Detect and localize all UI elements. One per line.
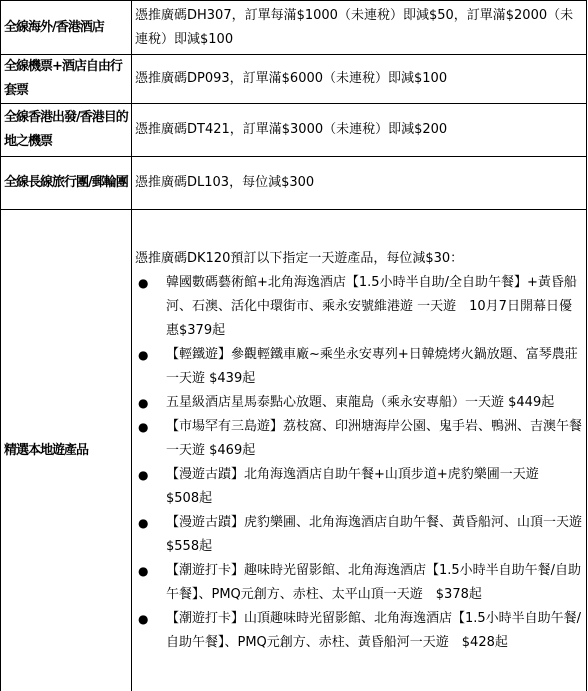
product-text: 【市場罕有三島遊】荔枝窩、印洲塘海岸公園、鬼手岩、鴨洲、吉澳午餐一天遊 $469… xyxy=(166,419,582,458)
list-item: ●五星級酒店星馬泰點心放題、東龍島（乘永安專船）一天遊 $449起 xyxy=(135,391,583,415)
list-item: ●【漫遊古蹟】北角海逸酒店自助午餐+山頂步道+虎豹樂圃一天遊 $508起 xyxy=(135,463,583,511)
bullet-icon: ● xyxy=(138,511,148,535)
product-text: 【漫遊古蹟】虎豹樂圃、北角海逸酒店自助午餐、黃昏船河、山頂一天遊 $558起 xyxy=(166,515,588,554)
description-cell: 憑推廣碼DL103，每位減$300 xyxy=(132,157,587,210)
description-cell: 憑推廣碼DK120預訂以下指定一天遊產品，每位減$30： ●韓國數碼藝術館+北角… xyxy=(132,210,587,691)
product-text: 【潮遊打卡】趣味時光留影館、北角海逸酒店【1.5小時半自助午餐/自助午餐】、PM… xyxy=(166,563,581,602)
description-cell: 憑推廣碼DH307，訂單每滿$1000（未連稅）即減$50，訂單滿$2000（未… xyxy=(132,1,587,55)
table-row: 全線香港出發/香港目的地之機票 憑推廣碼DT421，訂單滿$3000（未連稅）即… xyxy=(1,104,587,157)
bullet-icon: ● xyxy=(138,343,148,367)
table-row: 全線海外/香港酒店 憑推廣碼DH307，訂單每滿$1000（未連稅）即減$50，… xyxy=(1,1,587,55)
list-item: ●【潮遊打卡】趣味時光留影館、北角海逸酒店【1.5小時半自助午餐/自助午餐】、P… xyxy=(135,559,583,607)
product-text: 五星級酒店星馬泰點心放題、東龍島（乘永安專船）一天遊 $449起 xyxy=(166,395,554,410)
product-text: 【漫遊古蹟】北角海逸酒店自助午餐+山頂步道+虎豹樂圃一天遊 $508起 xyxy=(166,467,552,506)
category-cell: 全線海外/香港酒店 xyxy=(1,1,132,55)
bullet-icon: ● xyxy=(138,271,148,295)
bullet-icon: ● xyxy=(138,607,148,631)
product-text: 【潮遊打卡】山頂趣味時光留影館、北角海逸酒店【1.5小時半自助午餐/自助午餐】、… xyxy=(166,611,581,650)
bullet-icon: ● xyxy=(138,415,148,439)
product-text: 【輕鐵遊】參觀輕鐵車廠~乘坐永安專列+日韓燒烤火鍋放題、富琴農莊一天遊 $439… xyxy=(166,347,578,386)
category-cell: 全線機票+酒店自由行套票 xyxy=(1,55,132,104)
promotion-table: 全線海外/香港酒店 憑推廣碼DH307，訂單每滿$1000（未連稅）即減$50，… xyxy=(0,0,587,691)
description-cell: 憑推廣碼DT421，訂單滿$3000（未連稅）即減$200 xyxy=(132,104,587,157)
product-list: ●韓國數碼藝術館+北角海逸酒店【1.5小時半自助/全自助午餐】+黃昏船河、石澳、… xyxy=(135,271,583,655)
category-cell: 全線長線旅行團/郵輪團 xyxy=(1,157,132,210)
bullet-icon: ● xyxy=(138,559,148,583)
bullet-icon: ● xyxy=(138,391,148,415)
table-row: 全線長線旅行團/郵輪團 憑推廣碼DL103，每位減$300 xyxy=(1,157,587,210)
description-cell: 憑推廣碼DP093，訂單滿$6000（未連稅）即減$100 xyxy=(132,55,587,104)
category-cell: 全線香港出發/香港目的地之機票 xyxy=(1,104,132,157)
promo-intro: 憑推廣碼DK120預訂以下指定一天遊產品，每位減$30： xyxy=(135,247,583,271)
list-item: ●【輕鐵遊】參觀輕鐵車廠~乘坐永安專列+日韓燒烤火鍋放題、富琴農莊一天遊 $43… xyxy=(135,343,583,391)
table-row: 精選本地遊產品 憑推廣碼DK120預訂以下指定一天遊產品，每位減$30： ●韓國… xyxy=(1,210,587,691)
product-text: 韓國數碼藝術館+北角海逸酒店【1.5小時半自助/全自助午餐】+黃昏船河、石澳、活… xyxy=(166,275,577,338)
bullet-icon: ● xyxy=(138,463,148,487)
category-cell: 精選本地遊產品 xyxy=(1,210,132,691)
list-item: ●【潮遊打卡】山頂趣味時光留影館、北角海逸酒店【1.5小時半自助午餐/自助午餐】… xyxy=(135,607,583,655)
list-item: ●【市場罕有三島遊】荔枝窩、印洲塘海岸公園、鬼手岩、鴨洲、吉澳午餐一天遊 $46… xyxy=(135,415,583,463)
list-item: ●韓國數碼藝術館+北角海逸酒店【1.5小時半自助/全自助午餐】+黃昏船河、石澳、… xyxy=(135,271,583,343)
table-row: 全線機票+酒店自由行套票 憑推廣碼DP093，訂單滿$6000（未連稅）即減$1… xyxy=(1,55,587,104)
list-item: ●【漫遊古蹟】虎豹樂圃、北角海逸酒店自助午餐、黃昏船河、山頂一天遊 $558起 xyxy=(135,511,583,559)
